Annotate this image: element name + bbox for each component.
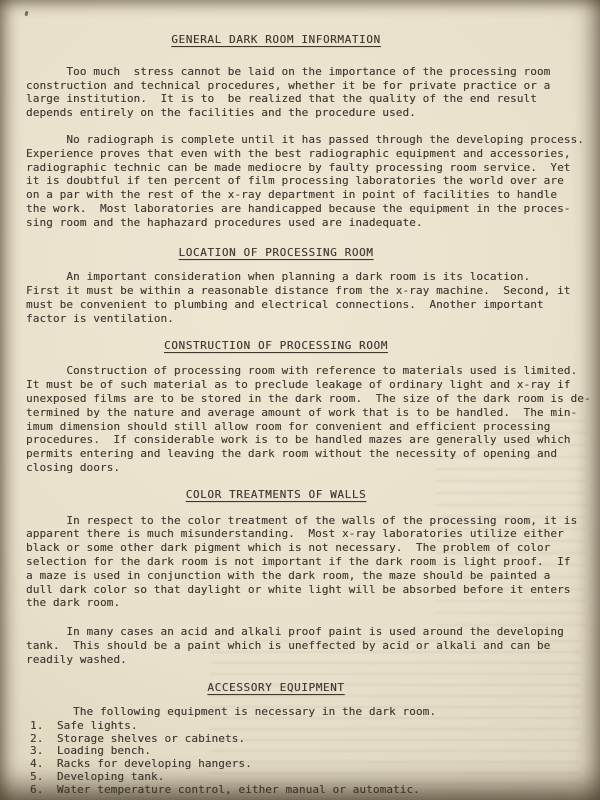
- paragraph: No radiograph is complete until it has p…: [26, 133, 584, 230]
- paragraph: In many cases an acid and alkali proof p…: [26, 625, 564, 666]
- list-item: 5. Developing tank.: [30, 771, 420, 784]
- paragraph: Construction of processing room with ref…: [26, 364, 591, 474]
- paragraph: An important consideration when planning…: [26, 270, 571, 325]
- heading-general-dark-room-information: GENERAL DARK ROOM INFORMATION: [0, 33, 554, 47]
- paragraph: Too much stress cannot be laid on the im…: [26, 65, 550, 120]
- list-item: 4. Racks for developing hangers.: [30, 758, 420, 771]
- heading-construction-of-processing-room: CONSTRUCTION OF PROCESSING ROOM: [0, 339, 554, 353]
- list-item: 6. Water temperature control, either man…: [30, 784, 420, 797]
- heading-accessory-equipment: ACCESSORY EQUIPMENT: [0, 681, 554, 695]
- heading-color-treatments-of-walls: COLOR TREATMENTS OF WALLS: [0, 488, 554, 502]
- list-item: 1. Safe lights.: [30, 720, 420, 733]
- heading-location-of-processing-room: LOCATION OF PROCESSING ROOM: [0, 246, 554, 260]
- document-photo: GENERAL DARK ROOM INFORMATION Too much s…: [0, 0, 600, 800]
- paper-speck: [24, 11, 28, 17]
- equipment-list: 1. Safe lights. 2. Storage shelves or ca…: [30, 720, 420, 796]
- paper-page: GENERAL DARK ROOM INFORMATION Too much s…: [0, 0, 600, 800]
- paragraph: The following equipment is necessary in …: [26, 705, 436, 719]
- paragraph: In respect to the color treatment of the…: [26, 514, 577, 611]
